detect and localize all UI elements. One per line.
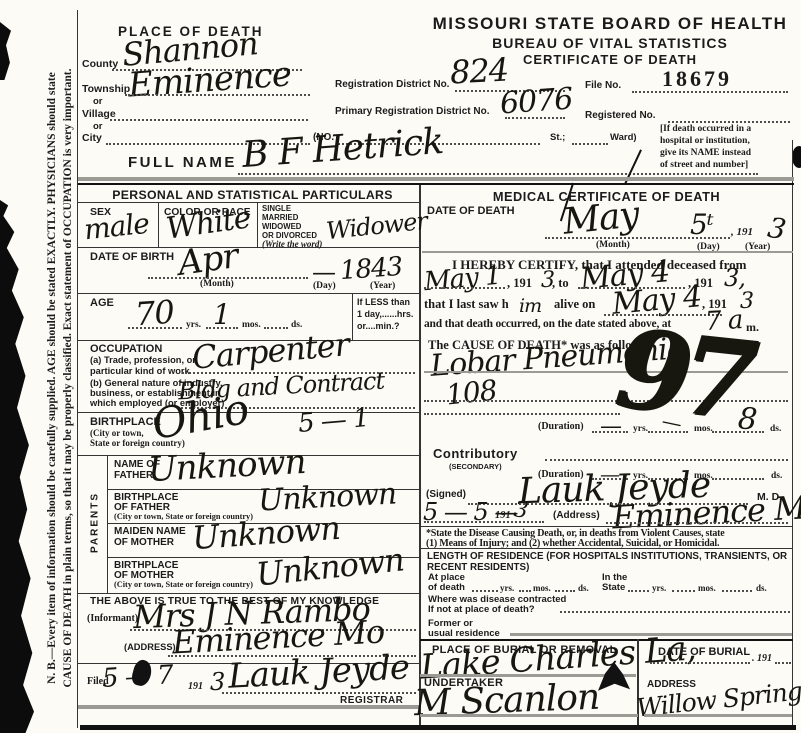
at-place-mos-label: mos. — [533, 583, 551, 593]
cause-code-value: 108 — [444, 373, 498, 411]
burial-date-line-2 — [775, 662, 791, 664]
personal-section-title: PERSONAL AND STATISTICAL PARTICULARS — [86, 188, 419, 202]
primary-district-line — [505, 117, 565, 119]
residence-line — [519, 590, 531, 592]
file-no-value: 18679 — [662, 66, 732, 92]
occupation-a-label-line2: particular kind of work — [90, 366, 190, 376]
dod-year-printed: , 191 — [731, 226, 753, 238]
cause-duration-mos-label: mos. — [694, 424, 713, 434]
certify-saw-him: im — [519, 295, 541, 317]
age-yrs-label: yrs. — [186, 320, 201, 330]
certify-saw-label-b: alive on — [554, 297, 595, 312]
registrar-label: REGISTRAR — [340, 695, 403, 706]
residence-line — [555, 590, 575, 592]
signed-year-printed: 191 — [495, 510, 511, 521]
torn-edge-left — [0, 200, 34, 733]
mother-name-label-line1: MAIDEN NAME — [114, 526, 186, 537]
dob-month-caption: (Month) — [200, 279, 234, 289]
marital-write-word-label: (Write the word) — [262, 239, 322, 249]
in-state-label-line2: State — [602, 582, 625, 593]
age-line — [128, 327, 182, 329]
registration-district-value: 824 — [449, 51, 509, 92]
cell-divider — [257, 202, 258, 247]
cause-duration-yrs-label: yrs. — [633, 424, 648, 434]
certify-saw-label-a: that I last saw h — [424, 297, 509, 312]
margin-note: N. B.—Every item of information should b… — [44, 28, 76, 728]
bureau-title: BUREAU OF VITAL STATISTICS — [430, 35, 790, 51]
residence-line — [628, 590, 649, 592]
residence-line — [672, 590, 695, 592]
section-line — [420, 548, 793, 549]
disease-contracted-line — [560, 611, 790, 613]
certify-from-value: May 1 — [423, 261, 502, 298]
bottom-border — [80, 725, 796, 730]
row-line — [78, 293, 419, 294]
parents-section-label: PARENTS — [90, 483, 101, 563]
cell-divider — [158, 202, 159, 247]
ward-label: Ward) — [610, 132, 637, 143]
residence-line — [722, 590, 752, 592]
cause-duration-ds-label: ds. — [770, 424, 781, 434]
registered-no-label: Registered No. — [585, 110, 656, 121]
dod-bottom-rule — [422, 251, 793, 253]
village-or: or — [93, 121, 103, 132]
township-or: or — [93, 96, 103, 107]
separator-gray — [78, 177, 794, 181]
city-label: City — [82, 132, 102, 144]
street-line — [572, 143, 608, 145]
burial-date-line — [650, 662, 750, 664]
certify-from-line — [424, 287, 505, 289]
separator-black — [78, 183, 794, 185]
occupation-a-label-line1: (a) Trade, profession, or — [90, 355, 196, 365]
age-less-note-line2: 1 day,......hrs. — [357, 309, 413, 319]
section-line — [420, 526, 793, 527]
age-line — [264, 327, 288, 329]
contributory-line — [545, 459, 788, 461]
informant-address-label: (ADDRESS) — [124, 642, 176, 652]
duration-line — [648, 431, 688, 433]
marital-label-line2: MARRIED — [262, 213, 298, 222]
in-state-mos-label: mos. — [698, 583, 716, 593]
form-left-border — [77, 10, 78, 728]
undertaker-value: M Scanlon — [413, 677, 599, 724]
hospital-note-line2: hospital or institution, — [660, 136, 750, 146]
burial-date-label: DATE OF BURIAL — [658, 646, 750, 658]
at-place-label-line2: of death — [428, 582, 465, 593]
primary-district-label: Primary Registration District No. — [335, 106, 489, 117]
certify-year-printed-a: , 191 — [507, 276, 532, 291]
full-name-label: FULL NAME — [128, 154, 237, 171]
residence-title-line1: LENGTH OF RESIDENCE (FOR HOSPITALS INSTI… — [427, 551, 787, 562]
occupation-label: OCCUPATION — [90, 343, 162, 355]
age-label: AGE — [90, 297, 114, 309]
secondary-label: (SECONDARY) — [449, 462, 502, 471]
cause-line-3 — [424, 413, 620, 415]
column-divider — [419, 183, 421, 728]
township-label: Township — [82, 83, 130, 95]
ink-dot-right-edge — [792, 146, 801, 168]
date-of-death-year-digit: 3 — [765, 211, 787, 246]
birthplace-label: BIRTHPLACE — [90, 416, 161, 428]
registrar-signature: Lauk Jeyde — [227, 647, 410, 696]
full-name-line — [238, 173, 758, 175]
torn-edge-top — [0, 22, 11, 80]
filed-year-printed: 191 — [188, 681, 203, 692]
date-of-death-month-value: May — [561, 194, 641, 243]
at-place-yrs-label: yrs. — [500, 583, 514, 593]
burial-date-year-printed: . 191 — [752, 653, 772, 664]
residence-line — [472, 590, 498, 592]
registration-district-label: Registration District No. — [335, 79, 449, 90]
disease-contracted-label-line2: If not at place of death? — [428, 604, 535, 615]
contributory-ds-label: ds. — [771, 471, 782, 481]
certify-to-label: , to — [552, 276, 569, 291]
dob-year-caption: (Year) — [370, 281, 395, 291]
in-state-ds-label: ds. — [756, 583, 767, 593]
certify-to-year-digit: 3, — [724, 264, 745, 292]
duration-line — [712, 431, 764, 433]
board-title: MISSOURI STATE BOARD OF HEALTH — [430, 14, 790, 34]
hospital-note-line4: of street and number] — [660, 160, 748, 170]
margin-note-line1: N. B.—Every item of information should b… — [44, 28, 60, 728]
file-no-label: File No. — [585, 80, 621, 91]
marital-value: Widower — [325, 207, 428, 245]
undertaker-address-line — [644, 714, 792, 717]
township-line — [125, 94, 310, 96]
cause-duration-label: (Duration) — [538, 421, 584, 432]
at-place-ds-label: ds. — [578, 583, 589, 593]
registrar-line — [222, 692, 416, 694]
signed-year-digit: 3 — [512, 497, 528, 524]
sex-value: male — [82, 207, 150, 247]
row-line — [78, 247, 419, 248]
mother-birthplace-sub: (City or town, State or foreign country) — [114, 580, 253, 589]
cell-divider — [352, 293, 353, 340]
hospital-note-line1: [If death occurred in a — [660, 124, 751, 134]
signed-address-line — [606, 522, 788, 524]
hospital-note-line3: give its NAME instead — [660, 148, 751, 158]
certify-saw-year-digit: 3 — [740, 289, 753, 314]
stray-mark-value: 5 — 1 — [297, 403, 370, 439]
full-name-value: B F Hetrick — [241, 121, 445, 176]
age-less-note-line1: If LESS than — [357, 297, 410, 307]
undertaker-line — [420, 714, 638, 717]
village-line — [110, 119, 308, 121]
signed-date-line — [424, 521, 544, 523]
age-less-note-line3: or....min.? — [357, 321, 400, 331]
birthplace-sub-line1: (City or town, — [90, 428, 144, 438]
in-state-yrs-label: yrs. — [652, 583, 666, 593]
date-of-birth-label: DATE OF BIRTH — [90, 251, 174, 263]
mother-name-label-line2: OF MOTHER — [114, 537, 174, 548]
parents-label-divider — [107, 455, 108, 593]
registered-no-line — [668, 121, 790, 123]
former-residence-label-line2: usual residence — [428, 628, 500, 639]
age-mos-label: mos. — [242, 320, 261, 330]
duration-line — [712, 478, 764, 480]
marital-label-line3: WIDOWED — [262, 222, 301, 231]
cause-flourish-mark: 97 — [610, 306, 753, 445]
signed-address-label: (Address) — [553, 510, 600, 521]
margin-note-line2: CAUSE OF DEATH in plain terms, so that i… — [60, 28, 76, 728]
duration-line — [592, 431, 628, 433]
informant-label: (Informant) — [87, 613, 138, 624]
dob-day-caption: (Day) — [313, 281, 336, 291]
cause-duration-yrs-value: — — [600, 414, 621, 439]
death-certificate-scan: N. B.—Every item of information should b… — [0, 0, 801, 733]
marital-label-line1: SINGLE — [262, 204, 291, 213]
age-line — [206, 327, 238, 329]
date-of-death-day-value: 5ᵗ — [690, 208, 713, 241]
primary-district-value: 6076 — [499, 82, 574, 122]
contributory-label: Contributory — [433, 446, 518, 461]
street-label: St.; — [550, 132, 565, 143]
dod-month-caption: (Month) — [596, 240, 630, 250]
date-of-death-label: DATE OF DEATH — [427, 205, 515, 217]
